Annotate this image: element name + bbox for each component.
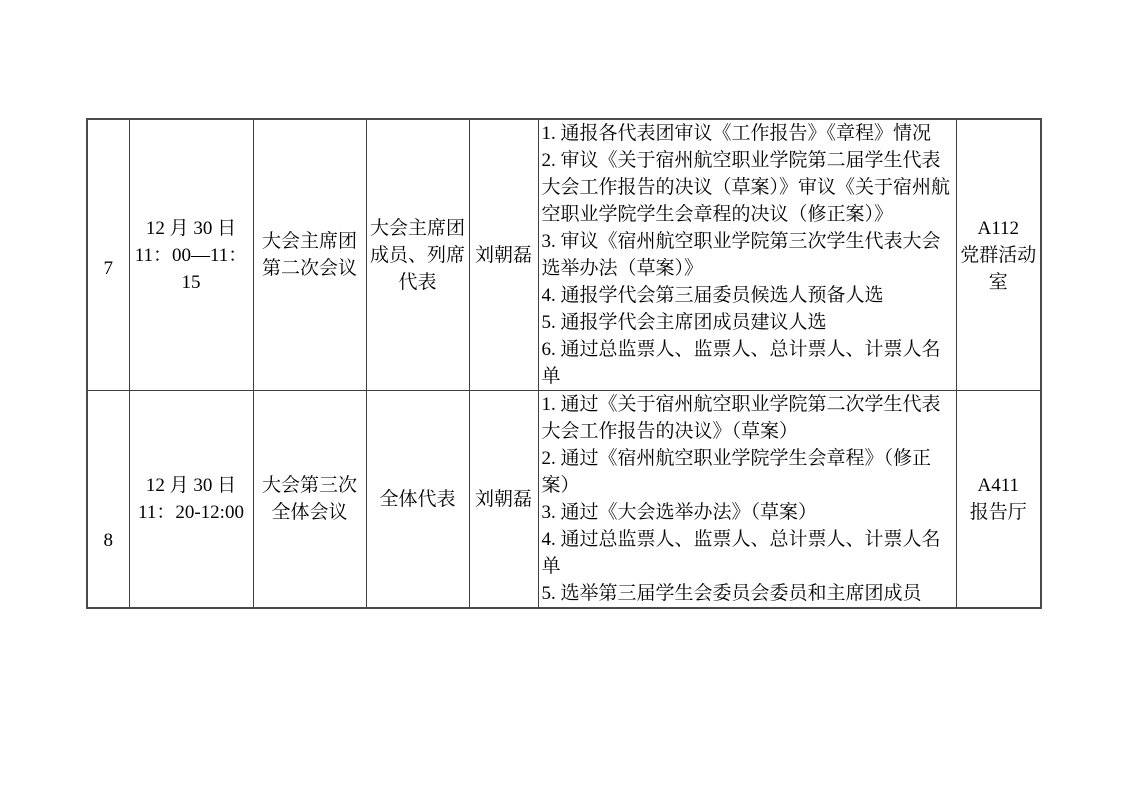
agenda-item: 3. 通过《大会选举办法》（草案） <box>542 499 953 526</box>
location-room-code: A112 <box>960 215 1038 242</box>
table-row-8: 8 12 月 30 日 11：20-12:00 大会第三次全体会议 全体代表 刘… <box>87 391 1041 609</box>
agenda-item: 2. 审议《关于宿州航空职业学院第二届学生代表大会工作报告的决议（草案）》审议《… <box>542 147 953 228</box>
agenda-item: 4. 通报学代会第三届委员候选人预备人选 <box>542 282 953 309</box>
meeting-name: 大会主席团第二次会议 <box>257 228 363 282</box>
document-page: 7 12 月 30 日 11：00—11：15 大会主席团第二次会议 大会主席团… <box>0 0 1122 793</box>
cell-host: 刘朝磊 <box>469 391 538 609</box>
agenda-item: 2. 通过《宿州航空职业学院学生会章程》（修正案） <box>542 445 953 499</box>
table-row-7: 7 12 月 30 日 11：00—11：15 大会主席团第二次会议 大会主席团… <box>87 119 1041 391</box>
host-name: 刘朝磊 <box>473 242 535 269</box>
cell-date-time: 12 月 30 日 11：20-12:00 <box>129 391 253 609</box>
cell-date-time: 12 月 30 日 11：00—11：15 <box>129 119 253 391</box>
agenda-list: 1. 通报各代表团审议《工作报告》《章程》情况2. 审议《关于宿州航空职业学院第… <box>542 120 953 390</box>
agenda-item: 4. 通过总监票人、监票人、总计票人、计票人名单 <box>542 526 953 580</box>
date-text: 12 月 30 日 <box>133 472 250 499</box>
sequence-number: 8 <box>104 444 114 554</box>
meeting-name: 大会第三次全体会议 <box>257 472 363 526</box>
cell-meeting-name: 大会第三次全体会议 <box>253 391 366 609</box>
host-name: 刘朝磊 <box>473 486 535 513</box>
date-text: 12 月 30 日 <box>133 215 250 242</box>
time-text: 11：20-12:00 <box>133 499 250 526</box>
cell-location: A112 党群活动室 <box>956 119 1041 391</box>
location-room-code: A411 <box>960 472 1038 499</box>
agenda-item: 3. 审议《宿州航空职业学院第三次学生代表大会选举办法（草案）》 <box>542 228 953 282</box>
participants-text: 全体代表 <box>370 486 466 513</box>
agenda-item: 1. 通报各代表团审议《工作报告》《章程》情况 <box>542 120 953 147</box>
cell-host: 刘朝磊 <box>469 119 538 391</box>
agenda-list: 1. 通过《关于宿州航空职业学院第二次学生代表大会工作报告的决议》（草案）2. … <box>542 391 953 607</box>
sequence-number: 7 <box>104 228 114 282</box>
location-room-name: 报告厅 <box>960 499 1038 526</box>
agenda-item: 5. 通报学代会主席团成员建议人选 <box>542 309 953 336</box>
cell-agenda: 1. 通过《关于宿州航空职业学院第二次学生代表大会工作报告的决议》（草案）2. … <box>538 391 956 609</box>
cell-participants: 大会主席团成员、列席代表 <box>366 119 469 391</box>
agenda-item: 1. 通过《关于宿州航空职业学院第二次学生代表大会工作报告的决议》（草案） <box>542 391 953 445</box>
cell-participants: 全体代表 <box>366 391 469 609</box>
cell-sequence-number: 8 <box>87 391 129 609</box>
schedule-table: 7 12 月 30 日 11：00—11：15 大会主席团第二次会议 大会主席团… <box>86 118 1042 609</box>
cell-location: A411 报告厅 <box>956 391 1041 609</box>
participants-text: 大会主席团成员、列席代表 <box>370 215 466 296</box>
agenda-item: 6. 通过总监票人、监票人、总计票人、计票人名单 <box>542 336 953 390</box>
cell-sequence-number: 7 <box>87 119 129 391</box>
time-text: 11：00—11：15 <box>133 242 250 296</box>
cell-agenda: 1. 通报各代表团审议《工作报告》《章程》情况2. 审议《关于宿州航空职业学院第… <box>538 119 956 391</box>
location-room-name: 党群活动室 <box>960 242 1038 296</box>
cell-meeting-name: 大会主席团第二次会议 <box>253 119 366 391</box>
agenda-item: 5. 选举第三届学生会委员会委员和主席团成员 <box>542 580 953 607</box>
